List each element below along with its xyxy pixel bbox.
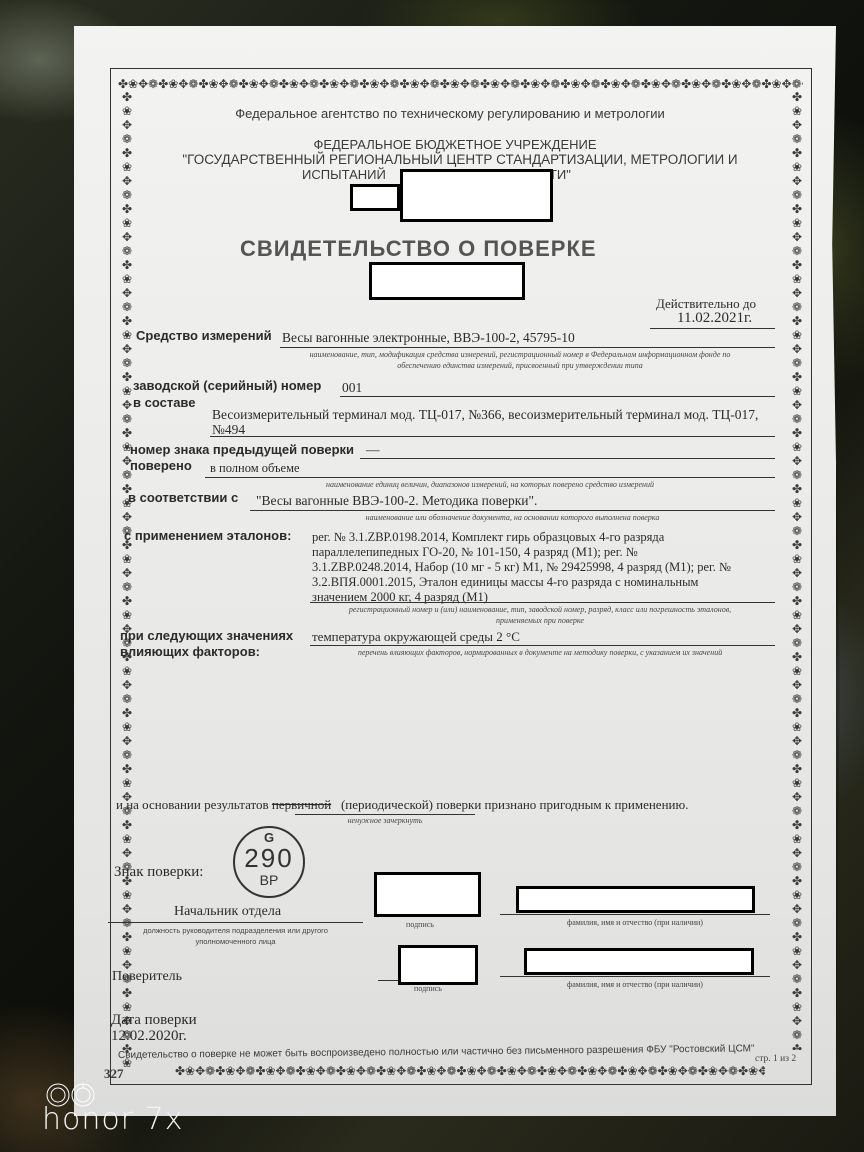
accordance-value: "Весы вагонные ВВЭ-100-2. Методика повер… bbox=[256, 493, 537, 509]
underline bbox=[205, 477, 775, 478]
instrument-hint-2: обеспечению единства измерений, присвоен… bbox=[270, 361, 770, 370]
head-position: Начальник отдела bbox=[174, 904, 281, 920]
instrument-label: Средство измерений bbox=[136, 328, 272, 343]
conclusion-hint: ненужное зачеркнуть bbox=[295, 816, 475, 825]
head-position-hint-1: должность руководителя подразделения или… bbox=[108, 926, 363, 935]
agency-name: Федеральное агентство по техническому ре… bbox=[140, 106, 760, 121]
page-number: стр. 1 из 2 bbox=[755, 1054, 796, 1064]
verification-stamp: G 290 ВР bbox=[233, 826, 305, 898]
underline bbox=[500, 976, 770, 977]
factors-label-2: влияющих факторов: bbox=[120, 644, 260, 659]
standards-list: рег. № 3.1.ZBP.0198.2014, Комплект гирь … bbox=[312, 530, 731, 605]
serial-label: заводской (серийный) номер bbox=[133, 378, 321, 393]
underline bbox=[360, 458, 775, 459]
name-hint: фамилия, имя и отчество (при наличии) bbox=[500, 980, 770, 989]
institution-line-3-start: ИСПЫТАНИЙ bbox=[302, 167, 386, 182]
stamp-number: 290 bbox=[235, 844, 303, 872]
stamp-code: ВР bbox=[235, 872, 303, 888]
conclusion-sentence: и на основании результатов первичной (пе… bbox=[116, 797, 688, 813]
standards-hint-2: применяемых при поверке bbox=[300, 616, 780, 625]
redaction-box bbox=[400, 169, 553, 222]
prev-mark-value: — bbox=[366, 442, 380, 458]
underline bbox=[310, 602, 775, 603]
underline bbox=[295, 814, 475, 815]
certificate-title: СВИДЕТЕЛЬСТВО О ПОВЕРКЕ bbox=[240, 236, 597, 262]
prev-mark-label: номер знака предыдущей поверки bbox=[130, 442, 354, 457]
standards-line: 3.2.ВПЯ.0001.2015, Эталон единицы массы … bbox=[312, 575, 731, 590]
instrument-value: Весы вагонные электронные, ВВЭ-100-2, 45… bbox=[282, 330, 575, 346]
underline bbox=[280, 347, 775, 348]
form-number: 327 bbox=[104, 1066, 124, 1082]
verified-value: в полном объеме bbox=[210, 461, 300, 476]
standards-line: 3.1.ZBP.0248.2014, Набор (10 мг - 5 кг) … bbox=[312, 560, 731, 575]
camera-watermark: honor 7x bbox=[42, 1102, 183, 1137]
factors-label-1: при следующих значениях bbox=[120, 628, 293, 643]
name-hint: фамилия, имя и отчество (при наличии) bbox=[500, 918, 770, 927]
underline bbox=[340, 396, 775, 397]
conclusion-suffix: поверки признано пригодным к применению. bbox=[436, 797, 688, 812]
redaction-box bbox=[374, 872, 481, 917]
ornament-border-left: ✤❀✥❁✤❀✥❁✤❀✥❁✤❀✥❁✤❀✥❁✤❀✥❁✤❀✥❁✤❀✥❁✤❀✥❁✤❀✥❁… bbox=[118, 90, 136, 1070]
standards-hint-1: регистрационный номер и (или) наименован… bbox=[300, 605, 780, 614]
composition-line-1: Весоизмерительный терминал мод. ТЦ-017, … bbox=[212, 407, 758, 423]
factors-hint: перечень влияющих факторов, нормированны… bbox=[300, 648, 780, 657]
underline bbox=[650, 328, 775, 329]
accordance-label: в соответствии с bbox=[128, 490, 238, 505]
institution-line-2: "ГОСУДАРСТВЕННЫЙ РЕГИОНАЛЬНЫЙ ЦЕНТР СТАН… bbox=[140, 152, 780, 167]
standards-line: рег. № 3.1.ZBP.0198.2014, Комплект гирь … bbox=[312, 530, 731, 545]
verified-label: поверено bbox=[130, 458, 192, 473]
underline bbox=[108, 922, 363, 923]
instrument-hint-1: наименование, тип, модификация средства … bbox=[270, 350, 770, 359]
signature-hint: подпись bbox=[398, 984, 458, 993]
ornament-border-right: ✤❀✥❁✤❀✥❁✤❀✥❁✤❀✥❁✤❀✥❁✤❀✥❁✤❀✥❁✤❀✥❁✤❀✥❁✤❀✥❁… bbox=[788, 90, 806, 1050]
factors-value: температура окружающей среды 2 °С bbox=[312, 629, 520, 645]
redaction-box bbox=[516, 886, 755, 913]
head-position-hint-2: уполномоченного лица bbox=[108, 937, 363, 946]
standards-label: с применением эталонов: bbox=[124, 528, 291, 543]
underline bbox=[500, 914, 770, 915]
date-label: Дата поверки bbox=[111, 1012, 197, 1029]
date-value: 12.02.2020г. bbox=[111, 1028, 187, 1045]
standards-line: параллелепипедных ГО-20, № 101-150, 4 ра… bbox=[312, 545, 731, 560]
conclusion-primary-struck: первичной bbox=[272, 797, 331, 812]
mark-label: Знак поверки: bbox=[114, 864, 203, 881]
redaction-box bbox=[398, 945, 478, 985]
conclusion-periodic: (периодической) bbox=[341, 797, 433, 812]
underline bbox=[210, 436, 775, 437]
ornament-border-top: ✤❀✥❁✤❀✥❁✤❀✥❁✤❀✥❁✤❀✥❁✤❀✥❁✤❀✥❁✤❀✥❁✤❀✥❁✤❀✥❁… bbox=[118, 75, 803, 93]
underline bbox=[250, 510, 775, 511]
underline bbox=[310, 645, 775, 646]
ornament-border-bottom: ✤❀✥❁✤❀✥❁✤❀✥❁✤❀✥❁✤❀✥❁✤❀✥❁✤❀✥❁✤❀✥❁✤❀✥❁✤❀✥❁… bbox=[175, 1062, 765, 1080]
valid-until-date: 11.02.2021г. bbox=[677, 310, 752, 327]
institution-line-1: ФЕДЕРАЛЬНОЕ БЮДЖЕТНОЕ УЧРЕЖДЕНИЕ bbox=[140, 137, 770, 152]
redaction-box bbox=[524, 948, 754, 975]
redaction-box bbox=[350, 184, 400, 211]
accordance-hint: наименование или обозначение документа, … bbox=[250, 513, 775, 522]
verifier-label: Поверитель bbox=[112, 969, 182, 985]
composition-label: в составе bbox=[133, 395, 195, 410]
conclusion-prefix: и на основании результатов bbox=[116, 797, 269, 812]
signature-hint: подпись bbox=[390, 920, 450, 929]
redaction-box bbox=[369, 262, 525, 300]
serial-value: 001 bbox=[342, 380, 362, 396]
verified-hint: наименование единиц величин, диапазонов … bbox=[205, 480, 775, 489]
